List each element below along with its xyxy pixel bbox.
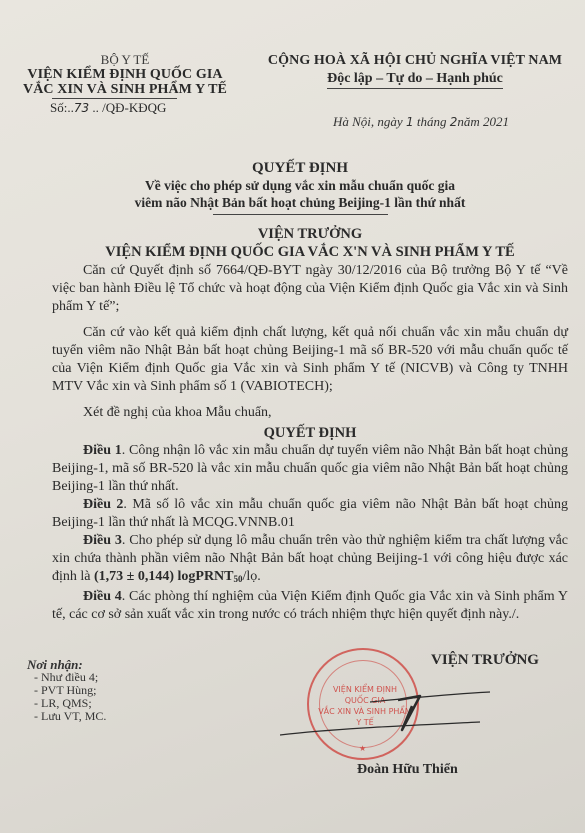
national-motto: Độc lập – Tự do – Hạnh phúc xyxy=(327,70,503,89)
document-body: Căn cứ Quyết định số 7664/QĐ-BYT ngày 30… xyxy=(52,262,568,624)
article-2-label: Điều 2 xyxy=(83,497,123,512)
date-prefix: Hà Nội, ngày xyxy=(333,114,406,129)
stamp-star-icon: ★ xyxy=(359,744,366,753)
decision-heading: QUYẾT ĐỊNH xyxy=(52,424,568,442)
header-divider xyxy=(52,98,177,99)
recipient-item: - Lưu VT, MC. xyxy=(27,710,106,723)
article-4-text: . Các phòng thí nghiệm của Viện Kiểm địn… xyxy=(52,589,568,622)
docno-suffix: .. /QĐ-KĐQG xyxy=(89,100,166,115)
subject-line-1: Về việc cho phép sử dụng vắc xin mẫu chu… xyxy=(60,177,540,194)
recipients-block: Nơi nhận: - Như điều 4; - PVT Hùng; - LR… xyxy=(27,658,106,723)
article-2: Điều 2. Mã số lô vắc xin mẫu chuẩn quốc … xyxy=(52,496,568,532)
article-3-label: Điều 3 xyxy=(83,533,122,548)
preamble-3: Xét đề nghị của khoa Mẫu chuẩn, xyxy=(52,404,568,422)
docno-handwritten: 73 xyxy=(74,101,89,115)
article-2-text: . Mã số lô vắc xin mẫu chuẩn quốc gia vi… xyxy=(52,497,568,530)
preamble-2: Căn cứ vào kết quả kiểm định chất lượng,… xyxy=(52,324,568,396)
signer-name: Đoàn Hữu Thiển xyxy=(357,762,458,778)
potency-value: (1,73 ± 0,144) logPRNT xyxy=(94,569,234,584)
signer-role: VIỆN TRƯỞNG xyxy=(370,652,585,669)
article-1-label: Điều 1 xyxy=(83,443,122,458)
article-4-label: Điều 4 xyxy=(83,589,122,604)
document-number: Số:..73 .. /QĐ-KĐQG xyxy=(0,100,250,116)
date-line: Hà Nội, ngày 1 tháng 2năm 2021 xyxy=(333,114,509,130)
org-name-line1: VIỆN KIỂM ĐỊNH QUỐC GIA xyxy=(0,67,250,82)
nation-name: CỘNG HOÀ XÃ HỘI CHỦ NGHĨA VIỆT NAM xyxy=(245,52,585,69)
decision-title: QUYẾT ĐỊNH Về việc cho phép sử dụng vắc … xyxy=(60,160,540,215)
national-header: CỘNG HOÀ XÃ HỘI CHỦ NGHĨA VIỆT NAM Độc l… xyxy=(245,52,585,89)
issuer-header: BỘ Y TẾ VIỆN KIỂM ĐỊNH QUỐC GIA VẮC XIN … xyxy=(0,52,250,116)
docno-prefix: Số:.. xyxy=(50,100,74,115)
signature-block: VIỆN TRƯỞNG xyxy=(330,652,560,669)
authority-block: VIỆN TRƯỞNG VIỆN KIỂM ĐỊNH QUỐC GIA VẮC … xyxy=(55,225,565,261)
article-3: Điều 3. Cho phép sử dụng lô mẫu chuẩn tr… xyxy=(52,532,568,588)
title-heading: QUYẾT ĐỊNH xyxy=(60,160,540,177)
article-1-text: . Công nhận lô vắc xin mẫu chuẩn dự tuyể… xyxy=(52,443,568,494)
org-name-line2: VẮC XIN VÀ SINH PHẨM Y TẾ xyxy=(0,82,250,97)
date-day: 1 xyxy=(406,115,414,129)
preamble-1: Căn cứ Quyết định số 7664/QĐ-BYT ngày 30… xyxy=(52,262,568,316)
date-suffix: năm 2021 xyxy=(457,114,509,129)
potency-unit: /lọ. xyxy=(243,569,261,584)
authority-org: VIỆN KIỂM ĐỊNH QUỐC GIA VẮC X'N VÀ SINH … xyxy=(55,243,565,261)
title-divider xyxy=(213,214,388,215)
potency-subscript: 50 xyxy=(234,574,243,584)
authority-role: VIỆN TRƯỞNG xyxy=(55,225,565,243)
article-4: Điều 4. Các phòng thí nghiệm của Viện Ki… xyxy=(52,588,568,624)
ministry-name: BỘ Y TẾ xyxy=(0,52,250,67)
date-mid: tháng xyxy=(414,114,450,129)
handwritten-signature-icon xyxy=(280,680,510,740)
article-1: Điều 1. Công nhận lô vắc xin mẫu chuẩn d… xyxy=(52,442,568,496)
subject-line-2: viêm não Nhật Bản bất hoạt chủng Beijing… xyxy=(60,194,540,211)
document-page: BỘ Y TẾ VIỆN KIỂM ĐỊNH QUỐC GIA VẮC XIN … xyxy=(0,0,585,833)
